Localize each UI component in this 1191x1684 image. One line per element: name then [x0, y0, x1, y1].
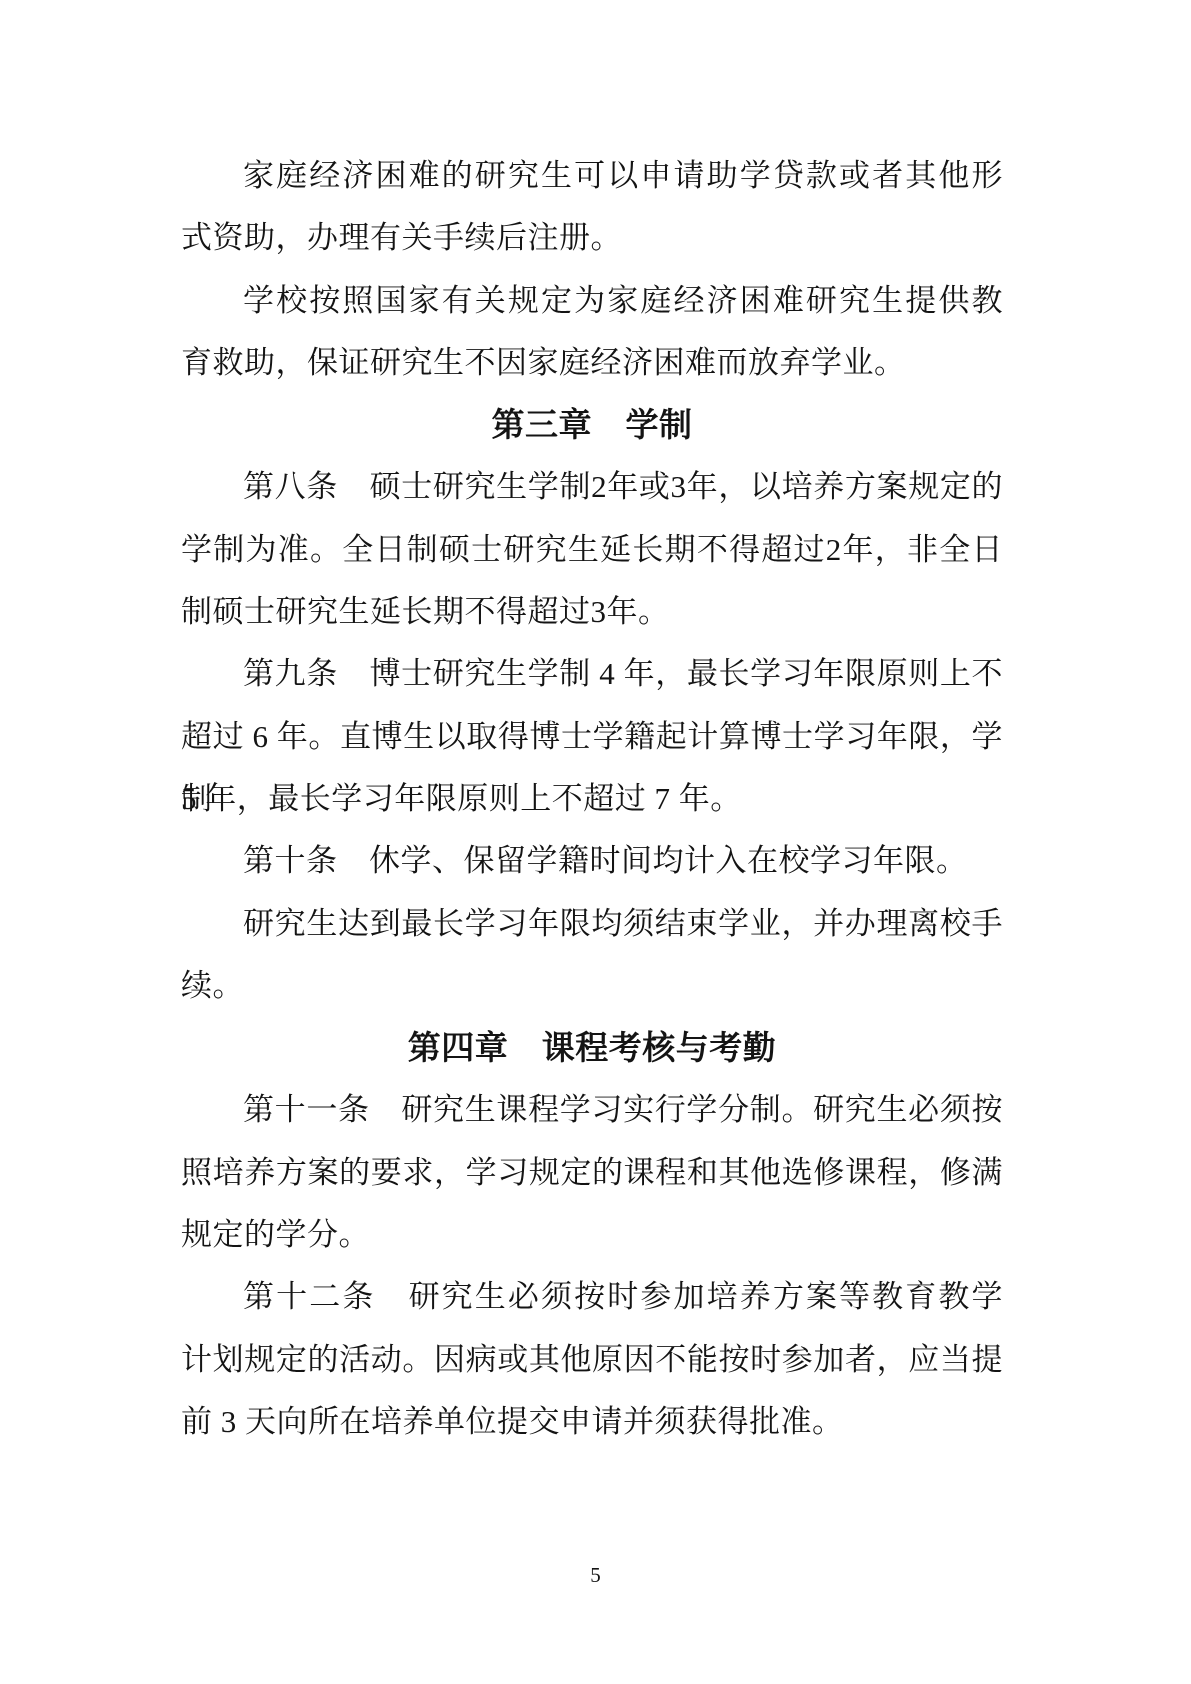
doc-line: 5 年，最长学习年限原则上不超过 7 年。	[181, 768, 1003, 830]
document-body: 家庭经济困难的研究生可以申请助学贷款或者其他形 式资助，办理有关手续后注册。 学…	[181, 145, 1003, 1453]
chapter-4-heading: 第四章 课程考核与考勤	[181, 1017, 1003, 1079]
document-page: 家庭经济困难的研究生可以申请助学贷款或者其他形 式资助，办理有关手续后注册。 学…	[0, 0, 1191, 1684]
chapter-3-heading: 第三章 学制	[181, 394, 1003, 456]
doc-line-article-11: 第十一条 研究生课程学习实行学分制。研究生必须按	[181, 1079, 1003, 1141]
doc-line: 照培养方案的要求，学习规定的课程和其他选修课程，修满	[181, 1142, 1003, 1204]
doc-line: 前 3 天向所在培养单位提交申请并须获得批准。	[181, 1391, 1003, 1453]
doc-line: 续。	[181, 955, 1003, 1017]
doc-line: 制硕士研究生延长期不得超过3年。	[181, 581, 1003, 643]
page-number: 5	[0, 1562, 1191, 1588]
doc-line-article-9: 第九条 博士研究生学制 4 年，最长学习年限原则上不	[181, 643, 1003, 705]
doc-line: 研究生达到最长学习年限均须结束学业，并办理离校手	[181, 893, 1003, 955]
doc-line: 超过 6 年。直博生以取得博士学籍起计算博士学习年限，学制	[181, 706, 1003, 768]
doc-line-article-12: 第十二条 研究生必须按时参加培养方案等教育教学	[181, 1266, 1003, 1328]
doc-line-article-8: 第八条 硕士研究生学制2年或3年，以培养方案规定的	[181, 456, 1003, 518]
doc-line: 计划规定的活动。因病或其他原因不能按时参加者，应当提	[181, 1329, 1003, 1391]
doc-line: 育救助，保证研究生不因家庭经济困难而放弃学业。	[181, 332, 1003, 394]
doc-line: 规定的学分。	[181, 1204, 1003, 1266]
doc-line: 家庭经济困难的研究生可以申请助学贷款或者其他形	[181, 145, 1003, 207]
doc-line: 学制为准。全日制硕士研究生延长期不得超过2年，非全日	[181, 519, 1003, 581]
doc-line-article-10: 第十条 休学、保留学籍时间均计入在校学习年限。	[181, 830, 1003, 892]
doc-line: 式资助，办理有关手续后注册。	[181, 207, 1003, 269]
doc-line: 学校按照国家有关规定为家庭经济困难研究生提供教	[181, 270, 1003, 332]
